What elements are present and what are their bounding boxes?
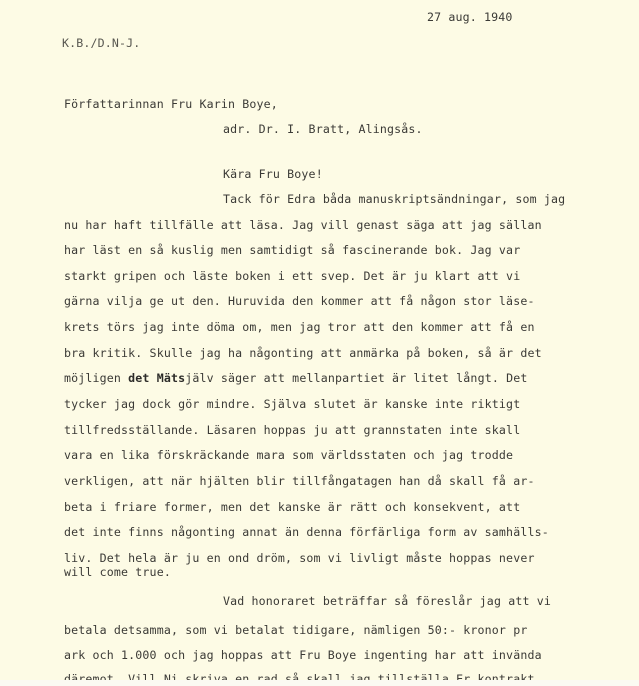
- body-line: nu har haft tillfälle att läsa. Jag vill…: [64, 218, 542, 232]
- space: [150, 371, 157, 385]
- body-line: det inte finns någonting annat än denna …: [64, 525, 549, 539]
- letter-reference: K.B./D.N-J.: [62, 36, 140, 50]
- body-line: tillfredsställande. Läsaren hoppas ju at…: [64, 423, 520, 437]
- body-line: gärna vilja ge ut den. Huruvida den komm…: [64, 294, 535, 308]
- body-line: Tack för Edra båda manuskriptsändningar,…: [223, 192, 565, 206]
- body-text: jälv säger att mellanpartiet är litet lå…: [185, 371, 527, 385]
- body-line: betala detsamma, som vi betalat tidigare…: [64, 623, 527, 637]
- salutation: Kära Fru Boye!: [223, 167, 323, 181]
- body-line: tycker jag dock gör mindre. Själva slute…: [64, 397, 520, 411]
- body-line: ark och 1.000 och jag hoppas att Fru Boy…: [64, 648, 542, 662]
- recipient-address: adr. Dr. I. Bratt, Alingsås.: [223, 122, 423, 136]
- body-line: Vad honoraret beträffar så föreslår jag …: [223, 594, 551, 608]
- body-line: verkligen, att när hjälten blir tillfång…: [64, 474, 535, 488]
- body-line: krets törs jag inte döma om, men jag tro…: [64, 320, 535, 334]
- body-line: will come true.: [64, 565, 171, 579]
- body-text: möjligen: [64, 371, 128, 385]
- body-line: beta i friare former, men det kanske är …: [64, 500, 520, 514]
- body-line: vara en lika förskräckande mara som värl…: [64, 448, 513, 462]
- body-line: har läst en så kuslig men samtidigt så f…: [64, 243, 520, 257]
- page-bottom-edge: [0, 680, 639, 686]
- overtyped-text: det: [128, 371, 149, 385]
- body-line: liv. Det hela är ju en ond dröm, som vi …: [64, 551, 535, 565]
- overtyped-text: Mäts: [157, 371, 186, 385]
- letter-date: 27 aug. 1940: [427, 10, 513, 24]
- letter-page: 27 aug. 1940 K.B./D.N-J. Författarinnan …: [0, 0, 639, 680]
- body-line-overstrike: möjligen det Mätsjälv säger att mellanpa…: [64, 371, 527, 385]
- body-line: bra kritik. Skulle jag ha någonting att …: [64, 346, 542, 360]
- body-line: starkt gripen och läste boken i ett svep…: [64, 269, 520, 283]
- recipient-name: Författarinnan Fru Karin Boye,: [64, 97, 278, 111]
